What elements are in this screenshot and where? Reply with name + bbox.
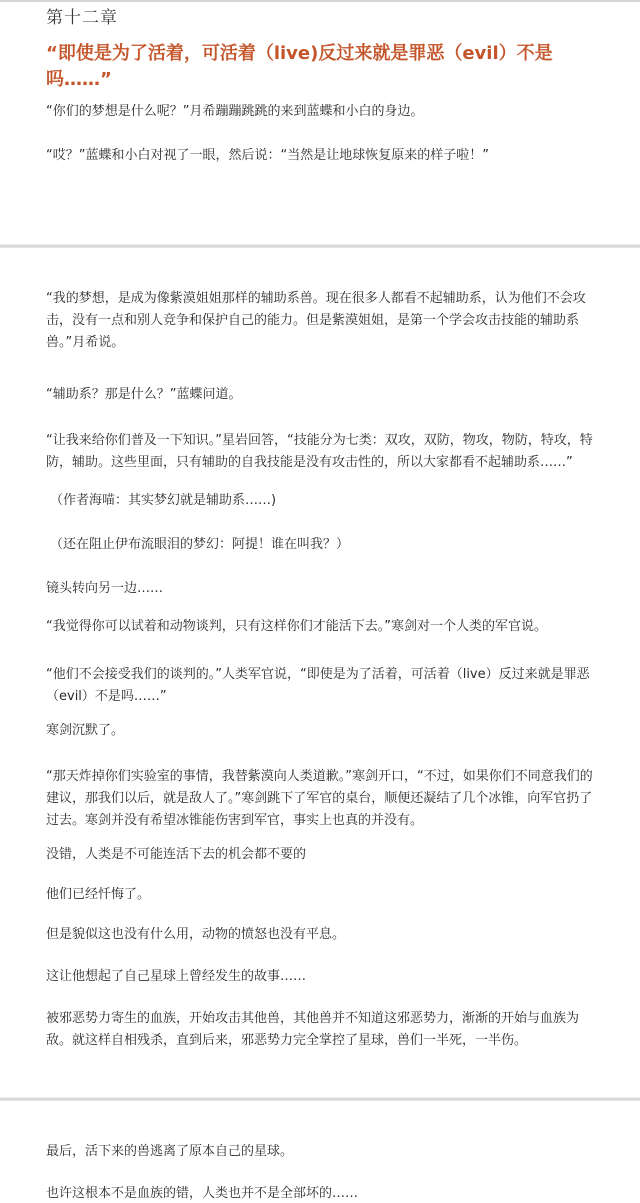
paragraph: 被邪恶势力寄生的血族，开始攻击其他兽，其他兽并不知道这邪恶势力，渐渐的开始与血族… bbox=[46, 1008, 594, 1052]
paragraph: “我觉得你可以试着和动物谈判，只有这样你们才能活下去。”寒剑对一个人类的军官说。 bbox=[46, 616, 606, 638]
paragraph: “让我来给你们普及一下知识。”星岩回答，“技能分为七类：双攻，双防，物攻，物防，… bbox=[46, 430, 594, 474]
paragraph: “你们的梦想是什么呢？”月希蹦蹦跳跳的来到蓝蝶和小白的身边。 bbox=[46, 101, 606, 123]
paragraph: 寒剑沉默了。 bbox=[46, 720, 606, 742]
paragraph: “哎？”蓝蝶和小白对视了一眼，然后说：“当然是让地球恢复原来的样子啦！” bbox=[46, 145, 606, 167]
author-note: （作者海喵：其实梦幻就是辅助系……) bbox=[50, 490, 610, 512]
paragraph: “那天炸掉你们实验室的事情，我替紫漠向人类道歉。”寒剑开口，“不过，如果你们不同… bbox=[46, 766, 594, 832]
author-note: （还在阻止伊布流眼泪的梦幻：阿提！谁在叫我？） bbox=[50, 534, 610, 556]
paragraph: 他们已经忏悔了。 bbox=[46, 884, 606, 906]
page-segment-3: 最后，活下来的兽逃离了原本自己的星球。 也许这根本不是血族的错，人类也并不是全部… bbox=[0, 1101, 640, 1203]
paragraph: 但是貌似这也没有什么用，动物的愤怒也没有平息。 bbox=[46, 924, 606, 946]
paragraph: “他们不会接受我们的谈判的。”人类军官说，“即使是为了活着，可活着（live）反… bbox=[46, 664, 594, 708]
paragraph: 镜头转向另一边…… bbox=[46, 578, 606, 600]
page-segment-1: 第十二章 “即使是为了活着，可活着（live)反过来就是罪恶（evil）不是吗…… bbox=[0, 0, 640, 244]
chapter-label: 第十二章 bbox=[46, 3, 118, 28]
page-segment-2: “我的梦想，是成为像紫漠姐姐那样的辅助系兽。现在很多人都看不起辅助系，认为他们不… bbox=[0, 248, 640, 1097]
paragraph: “我的梦想，是成为像紫漠姐姐那样的辅助系兽。现在很多人都看不起辅助系，认为他们不… bbox=[46, 288, 594, 354]
paragraph: 也许这根本不是血族的错，人类也并不是全部坏的…… bbox=[46, 1183, 606, 1203]
paragraph: 没错，人类是不可能连活下去的机会都不要的 bbox=[46, 844, 606, 866]
paragraph: 这让他想起了自己星球上曾经发生的故事…… bbox=[46, 966, 606, 988]
paragraph: 最后，活下来的兽逃离了原本自己的星球。 bbox=[46, 1141, 606, 1163]
chapter-title: “即使是为了活着，可活着（live)反过来就是罪恶（evil）不是吗……” bbox=[46, 41, 576, 93]
paragraph: “辅助系？那是什么？”蓝蝶问道。 bbox=[46, 384, 606, 406]
